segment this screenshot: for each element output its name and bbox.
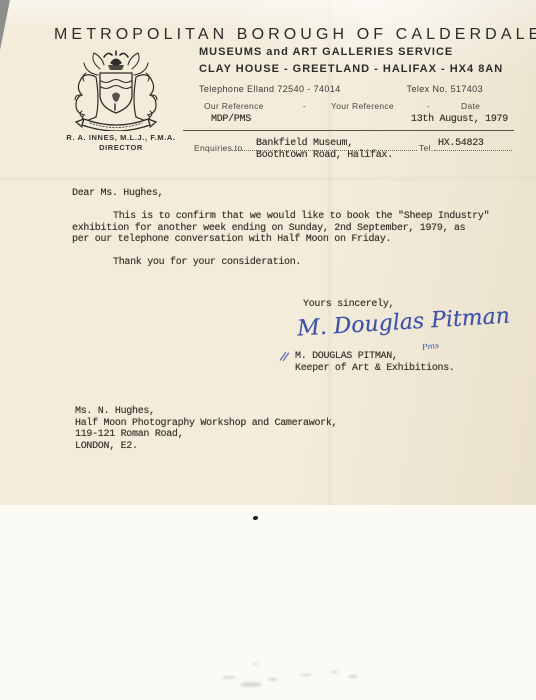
- body-paragraph1-line1: This is to confirm that we would like to…: [113, 211, 489, 223]
- scanned-letter: METROPOLITAN BOROUGH OF CALDERDALE: [0, 0, 536, 700]
- director-caption: R. A. INNES, M.L.J., F.M.A. DIRECTOR: [50, 133, 192, 153]
- tel-label: Tel.: [419, 143, 433, 153]
- date-value: 13th August, 1979: [411, 114, 508, 126]
- your-reference-label: Your Reference: [331, 101, 394, 111]
- director-title: DIRECTOR: [50, 143, 192, 153]
- our-reference-value: MDP/PMS: [211, 114, 251, 126]
- reference-divider-line: [183, 130, 514, 131]
- salutation: Dear Ms. Hughes,: [72, 188, 163, 200]
- letterhead-telex: Telex No. 517403: [407, 84, 483, 94]
- coat-of-arms-crest: [60, 49, 172, 131]
- recipient-name: Ms. N. Hughes,: [75, 406, 155, 418]
- letterhead-title: METROPOLITAN BOROUGH OF CALDERDALE: [54, 26, 536, 44]
- handwritten-initials-note: Pms: [421, 341, 439, 352]
- recipient-city: LONDON, E2.: [75, 441, 138, 453]
- closing: Yours sincerely,: [303, 299, 394, 311]
- recipient-street: 119-121 Roman Road,: [75, 429, 183, 441]
- reference-separator-2: -: [427, 101, 430, 111]
- letterhead-service-line: MUSEUMS and ART GALLERIES SERVICE: [199, 46, 483, 58]
- body-paragraph1-line2: exhibition for another week ending on Su…: [72, 223, 465, 235]
- enquiries-value-line1: Bankfield Museum,: [256, 138, 353, 150]
- recipient-organisation: Half Moon Photography Workshop and Camer…: [75, 418, 337, 430]
- body-paragraph2: Thank you for your consideration.: [113, 257, 301, 269]
- our-reference-label: Our Reference: [204, 101, 264, 111]
- signatory-typed-title: Keeper of Art & Exhibitions.: [295, 363, 455, 375]
- letterhead-telephone: Telephone Elland 72540 - 74014: [199, 84, 341, 94]
- signatory-typed-name: M. DOUGLAS PITMAN,: [295, 351, 398, 363]
- director-name: R. A. INNES, M.L.J., F.M.A.: [50, 133, 192, 143]
- enquiries-value-line2: Boothtown Road, Halifax.: [256, 150, 393, 162]
- letterhead-address-line: CLAY HOUSE - GREETLAND - HALIFAX - HX4 8…: [199, 63, 483, 75]
- date-label: Date: [461, 101, 480, 111]
- handwritten-insert-mark: //: [280, 350, 288, 364]
- tel-value: HX.54823: [438, 138, 484, 150]
- body-paragraph1-line3: per our telephone conversation with Half…: [72, 234, 391, 246]
- reference-separator-1: -: [303, 101, 306, 111]
